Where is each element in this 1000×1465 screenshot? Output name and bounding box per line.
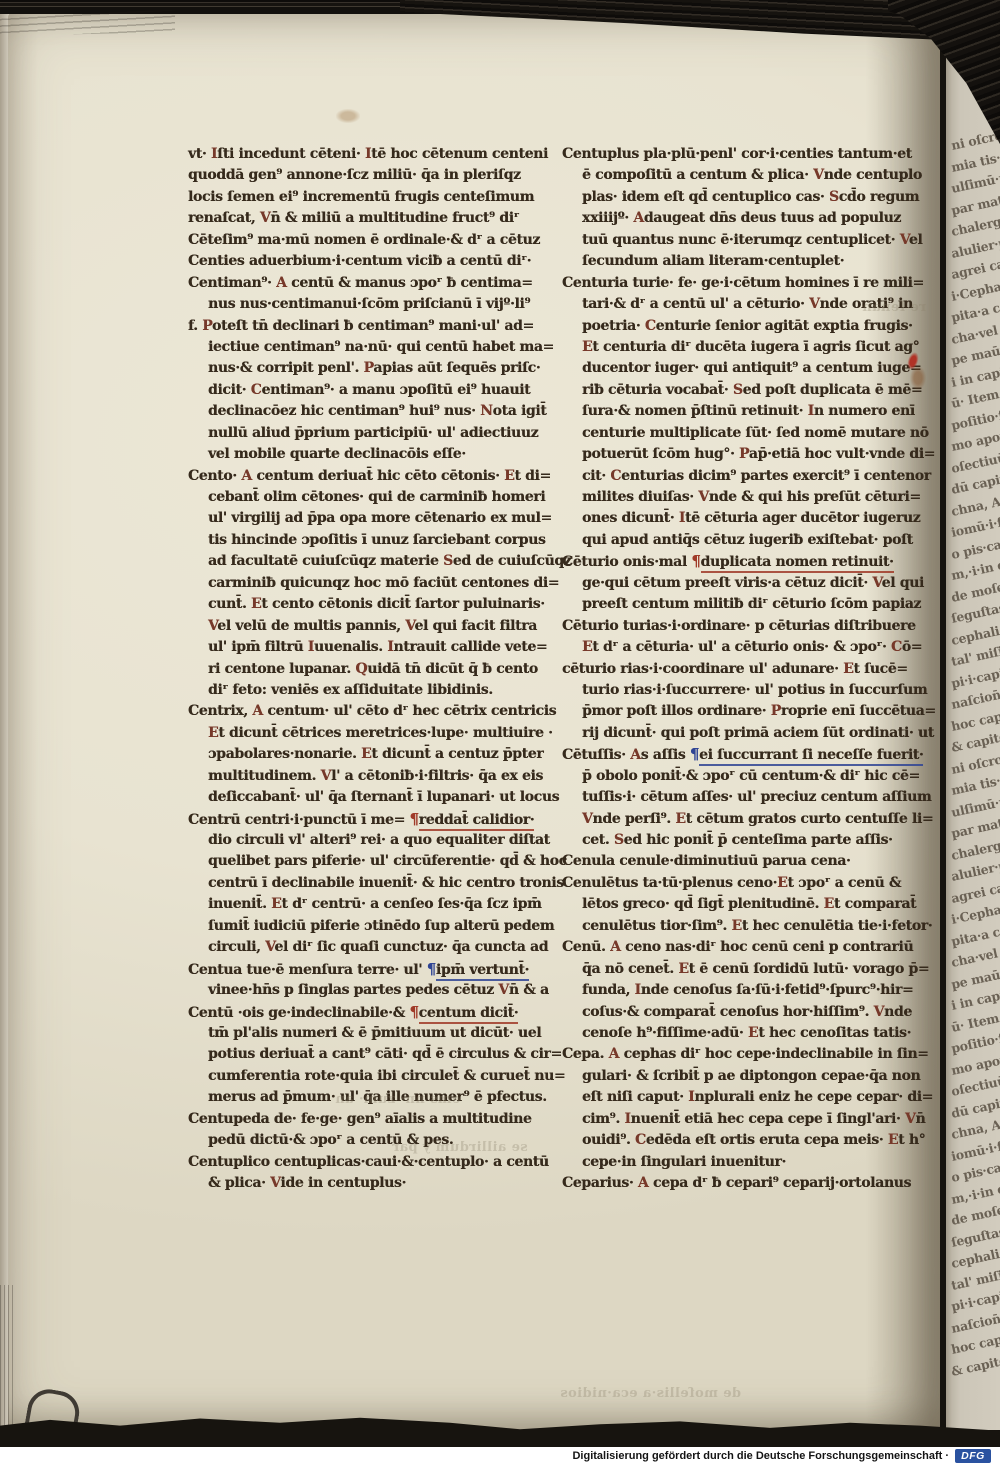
text-run: V <box>874 1004 885 1020</box>
text-run: p̄ obolo ponit̄·& ɔpoʳ cū centum·& diʳ h… <box>582 768 920 784</box>
text-line: ſura·& nomen p̄ſtinū retinuit· In numero… <box>562 401 922 422</box>
text-line: locis ſemen ei⁹ incrementū frugis centeſ… <box>188 187 548 208</box>
text-run: E <box>777 875 787 891</box>
text-line: quoddā gen⁹ annone·ſcz miliū· q̄a in ple… <box>188 165 548 186</box>
text-line: p̄ obolo ponit̄·& ɔpoʳ cū centum·& diʳ h… <box>562 766 922 787</box>
text-run: cēturio rias·i·coordinare ul' adunare· <box>562 661 843 677</box>
text-run: duplicata nomen retinuit· <box>701 554 894 573</box>
text-line: Centuria turie· fe· ge·i·cētum homines ī… <box>562 273 922 294</box>
text-run: Centiman⁹· <box>188 275 276 291</box>
text-line: Cento· A centum deriuat̄ hic cēto cētoni… <box>188 466 548 487</box>
text-line: tis hincinde ɔpoſitis ī unuz ſarciebant … <box>188 530 548 551</box>
text-run: E <box>731 918 741 934</box>
text-line: vel mobile quarte declinacōis eſſe· <box>188 444 548 465</box>
text-run: V <box>900 232 909 248</box>
text-run: S <box>829 189 839 205</box>
text-run: n̄ & miliū a multitudine fruct⁹ diʳ <box>270 210 519 226</box>
text-run: apias aūt ſequēs priſc· <box>373 360 540 376</box>
text-run: Centū ·ois ge·indeclinabile·& <box>188 1005 409 1021</box>
text-run: Q <box>355 661 367 677</box>
text-run: S <box>733 382 743 398</box>
text-run: ed de cuiuſcūqz <box>453 553 572 569</box>
text-run: E <box>678 961 688 977</box>
text-line: cebant̄ olim cētones· qui de carminiƀ ho… <box>188 487 548 508</box>
text-line: ſecundum aliam literam·centuplet· <box>562 251 922 272</box>
text-run: E <box>888 1132 898 1148</box>
text-run: oteſt tn̄ declinari ƀ centiman⁹ mani·ul'… <box>212 318 534 334</box>
text-run: n̄ & a <box>509 982 549 998</box>
text-run: declinacōez hic centiman⁹ hui⁹ nus· <box>208 403 480 419</box>
pilcrow-mark: ¶ <box>691 552 700 570</box>
text-run: ſecundum aliam literam·centuplet· <box>582 253 844 269</box>
text-line: cet. Sed hic ponit̄ p̄ centeſima parte a… <box>562 830 922 851</box>
text-run: nplurali eniz he cepe cepar· di= <box>694 1089 933 1105</box>
text-run: rij dicunt̄· qui poſt primā aciem ſūt or… <box>582 725 934 741</box>
text-run: S <box>443 553 453 569</box>
text-run: xxiiijº· <box>582 210 633 226</box>
text-run: t centuria diʳ ducēta iugera ī agris ſic… <box>592 339 919 355</box>
text-run: t dʳ centrū· a cenſeo ſes·q̄a ſcz ipm̄ <box>281 896 541 912</box>
text-run: edēda eſt ortis eruta cepa meis· <box>646 1132 888 1148</box>
text-run: centurie multiplicate ſūt· ſed nomē muta… <box>582 425 929 441</box>
text-run: A <box>276 275 287 291</box>
text-line: ul' ipm̄ filtrū Iuuenalis. Intrauit call… <box>188 637 548 658</box>
text-run: & plica· <box>208 1175 270 1191</box>
text-line: Vel velū de multis pannis, Vel qui facit… <box>188 616 548 637</box>
text-run: nde & qui his preſūt cēturi= <box>709 489 921 505</box>
text-line: Centua tue·ē menſura terre· ul' ¶ipm̄ ve… <box>188 959 548 980</box>
text-run: entiman⁹· a manu ɔpoſitū ei⁹ huauit <box>262 382 531 398</box>
page-stack-lines <box>0 10 175 36</box>
text-run: nde cenoſus ſa·ſū·i·fetid⁹·ſpurc⁹·hir= <box>641 982 914 998</box>
text-run: ducentor iuger· qui antiquit⁹ a centum i… <box>582 360 921 376</box>
text-run: milites diuiſas· <box>582 489 698 505</box>
text-run: ap̄·etiā hoc vult·vnde di= <box>749 446 935 462</box>
text-column-left: vt· Iſti incedunt cēteni· Itē hoc cētenu… <box>188 144 548 1194</box>
text-line: deſiccabant̄· ul' q̄a ſternant̄ ī lupana… <box>188 787 548 808</box>
text-run: E <box>361 746 371 762</box>
text-line: cepe·in ſingulari inuenitur· <box>562 1152 922 1173</box>
text-run: locis ſemen ei⁹ incrementū frugis centeſ… <box>188 189 534 205</box>
text-run: A <box>610 939 621 955</box>
text-run: t dʳ a cēturia· ul' a cēturio onis· & ɔp… <box>592 639 891 655</box>
text-line: Ceparius· A cepa dʳ ƀ cepari⁹ ceparij·or… <box>562 1173 922 1194</box>
text-run: ad facultatē cuiuſcūqz materie <box>208 553 443 569</box>
text-run: V <box>208 618 217 634</box>
text-run: carminiƀ quicunqz hoc mō faciūt centones… <box>208 575 559 591</box>
text-run: el qui facit filtra <box>414 618 536 634</box>
text-run: A <box>633 210 644 226</box>
text-line: quelibet pars piferie· ul' circūferentie… <box>188 851 548 872</box>
text-run: enturias dicim⁹ partes exercit⁹ ī centen… <box>621 468 931 484</box>
text-run: C <box>610 468 621 484</box>
text-line: plas· idem eſt qd̄ centuplico cas· Scd̄o… <box>562 187 922 208</box>
text-line: Vnde perſi⁹. Et cētum gratos curto centu… <box>562 809 922 830</box>
text-run: ed hic ponit̄ p̄ centeſima parte aſſis· <box>624 832 893 848</box>
text-run: V <box>872 575 881 591</box>
text-run: cenoſe h⁹·fiſſime·adū· <box>582 1025 748 1041</box>
text-run: tē cēturia ager ducētor iugeruz <box>685 510 920 526</box>
text-run: tuſſis·i· cētum aſſes· ul' preciuz centu… <box>582 789 931 805</box>
text-run: t dicunt̄ cētrices meretrices·lupe· mult… <box>218 725 552 741</box>
text-line: potius deriuat̄ a cant⁹ cāti· qd̄ ē circ… <box>188 1044 548 1065</box>
text-run: Cenula cenule·diminutiuū parua cena· <box>562 853 851 869</box>
text-run: cepa dʳ ƀ cepari⁹ ceparij·ortolanus <box>648 1175 911 1191</box>
text-run: t ɔpoʳ a cenū & <box>787 875 901 891</box>
pilcrow-mark: ¶ <box>427 960 436 978</box>
text-line: ul' virgilij ad p̄pa opa more cētenario … <box>188 508 548 529</box>
text-line: milites diuiſas· Vnde & qui his preſūt c… <box>562 487 922 508</box>
dfg-logo: DFG <box>955 1449 991 1463</box>
text-run: n numero enī <box>814 403 915 419</box>
text-run: t hec cenoſitas tatis· <box>758 1025 911 1041</box>
text-run: ed poſt duplicata ē mē= <box>743 382 923 398</box>
text-run: N <box>480 403 492 419</box>
text-run: Centuplico centuplicas·caui·&·centuplo· … <box>188 1154 549 1170</box>
text-run: C <box>251 382 262 398</box>
text-run: t dicunt̄ a centuz p̄pter <box>371 746 543 762</box>
text-run: nullū aliud p̄prium participiū· ul' adie… <box>208 425 538 441</box>
text-line: eſt niſi caput· Inplurali eniz he cepe c… <box>562 1087 922 1108</box>
text-run: uuenalis. <box>314 639 387 655</box>
text-line: tuſſis·i· cētum aſſes· ul' preciuz centu… <box>562 787 922 808</box>
text-run: preeſt centum militiƀ diʳ cēturio ſcōm p… <box>582 596 921 612</box>
text-line: Centies aduerbium·i·centum viciƀ a centū… <box>188 251 548 272</box>
text-run: tuū quantus nunc ē·iterumqz centuplicet· <box>582 232 900 248</box>
text-line: diʳ feto: veniēs ex aſſiduitate libidini… <box>188 680 548 701</box>
pilcrow-mark: ¶ <box>409 1003 418 1021</box>
text-run: nuenit̄ etiā hec cepa cepe ī ſingl'ari· <box>631 1111 905 1127</box>
text-run: dicit· <box>208 382 251 398</box>
text-run: E <box>271 896 281 912</box>
text-line: gulari· & ſcribit̄ p ae diptongon cepae·… <box>562 1066 922 1087</box>
text-run: Cēteſim⁹ ma·mū nomen ē ordinale·& dʳ a c… <box>188 232 540 248</box>
text-line: funda, Inde cenoſus ſa·ſū·i·fetid⁹·ſpurc… <box>562 980 922 1001</box>
text-run: E <box>504 468 514 484</box>
text-run: ſti incedunt cēteni· <box>217 146 365 162</box>
text-line: Et centuria diʳ ducēta iugera ī agris ſi… <box>562 337 922 358</box>
text-run: renaſcat, <box>188 210 260 226</box>
text-run: t comparat̄ <box>834 896 916 912</box>
text-run: cephas diʳ hoc cepe·indeclinabile in ſin… <box>619 1046 929 1062</box>
text-run: E <box>251 596 261 612</box>
text-line: p̄mor poſt illos ordinare· Proprie enī ſ… <box>562 701 922 722</box>
text-run: Cento· <box>188 468 241 484</box>
text-run: quelibet pars piferie· ul' circūferentie… <box>208 853 567 869</box>
text-run: cet. <box>582 832 614 848</box>
text-run: l' a cētoniƀ·i·filtris· q̄a ex eis <box>331 768 543 784</box>
text-line: Centū ·ois ge·indeclinabile·& ¶centum di… <box>188 1002 548 1023</box>
text-run: ul' virgilij ad p̄pa opa more cētenario … <box>208 510 552 526</box>
bleed-through-text: re ſenan <box>862 300 926 315</box>
text-run: A <box>609 1046 620 1062</box>
text-line: tuū quantus nunc ē·iterumqz centuplicet·… <box>562 230 922 251</box>
foxing-stain <box>336 109 360 123</box>
text-run: A <box>252 703 263 719</box>
text-run: enturie ſenior agitāt exptia frugis· <box>656 318 913 334</box>
text-run: ide in centuplus· <box>280 1175 406 1191</box>
text-run: tē hoc cētenum centeni <box>371 146 548 162</box>
text-run: nus nus·centimanui·ſcōm priſcianū ī vijº… <box>208 296 530 312</box>
text-run: centrū ī declinabile inuenit̄· & hic cen… <box>208 875 564 891</box>
text-run: V <box>498 982 509 998</box>
text-run: E <box>582 639 592 655</box>
text-run: Centies aduerbium·i·centum viciƀ a centū… <box>188 253 531 269</box>
text-run: turio rias·i·ſuccurrere· ul' potius in ſ… <box>582 682 927 698</box>
text-line: cit· Centurias dicim⁹ partes exercit⁹ ī … <box>562 466 922 487</box>
text-run: P <box>202 318 212 334</box>
text-line: ones dicunt̄· Itē cēturia ager ducētor i… <box>562 508 922 529</box>
text-line: potuerūt ſcōm hug°· Pap̄·etiā hoc vult·v… <box>562 444 922 465</box>
text-line: circuli, Vel diʳ ſic quaſi cunctuz· q̄a … <box>188 937 548 958</box>
text-run: Centua tue·ē menſura terre· ul' <box>188 962 427 978</box>
text-line: preeſt centum militiƀ diʳ cēturio ſcōm p… <box>562 594 922 615</box>
pilcrow-mark: ¶ <box>690 745 699 763</box>
text-run: cebant̄ olim cētones· qui de carminiƀ ho… <box>208 489 545 505</box>
text-run: t cento cētonis dicit̄ ſartor puluinaris… <box>261 596 544 612</box>
text-line: Centrix, A centum· ul' cēto dʳ hec cētri… <box>188 701 548 722</box>
text-run: vel mobile quarte declinacōis eſſe· <box>208 446 466 462</box>
text-line: rij dicunt̄· qui poſt primā aciem ſūt or… <box>562 723 922 744</box>
text-line: cim⁹. Inuenit̄ etiā hec cepa cepe ī ſing… <box>562 1109 922 1130</box>
text-line: Centupeda de· fe·ge· gen⁹ aīalis a multi… <box>188 1109 548 1130</box>
text-run: circuli, <box>208 939 265 955</box>
page-edge-striations <box>0 1285 16 1435</box>
text-run: t di= <box>514 468 550 484</box>
text-line: Centrū centri·i·punctū ī me= ¶reddat̄ ca… <box>188 809 548 830</box>
text-run: ota igit̄ <box>493 403 547 419</box>
text-run: multitudinem. <box>208 768 321 784</box>
text-line: tm̄ pl'alis numeri & ē p̄mitiuum ut dicū… <box>188 1023 548 1044</box>
text-line: qui apud antiq̄s cētuz iugeriƀ exiſtebat… <box>562 530 922 551</box>
text-run: vt· <box>188 146 211 162</box>
text-run: centum dicit̄· <box>419 1005 519 1024</box>
text-run: Cenulētus ta·tū·plenus ceno· <box>562 875 777 891</box>
text-run: Centupeda de· fe·ge· gen⁹ aīalis a multi… <box>188 1111 532 1127</box>
text-line: ſumit̄ iudiciū piferie ɔtinēdo ſup alter… <box>188 916 548 937</box>
text-run: E <box>208 725 218 741</box>
text-line: ad facultatē cuiuſcūqz materie Sed de cu… <box>188 551 548 572</box>
text-line: vt· Iſti incedunt cēteni· Itē hoc cētenu… <box>188 144 548 165</box>
text-run: ei ſuccurrant ſi neceſſe fuerit· <box>699 747 923 766</box>
text-run: A <box>241 468 252 484</box>
text-run: qui apud antiq̄s cētuz iugeriƀ exiſtebat… <box>582 532 913 548</box>
text-run: tari·& dʳ a centū ul' a cēturio· <box>582 296 809 312</box>
text-line: Cēturio turias·i·ordinare· p cēturias di… <box>562 616 922 637</box>
text-run: gulari· & ſcribit̄ p ae diptongon cepae·… <box>582 1068 920 1084</box>
text-line: ɔpabolares·nonarie. Et dicunt̄ a centuz … <box>188 744 548 765</box>
text-run: cunt̄. <box>208 596 251 612</box>
text-run: plas· idem eſt qd̄ centuplico cas· <box>582 189 829 205</box>
text-run: uidā tn̄ dicūt q̄ ƀ cento <box>367 661 538 677</box>
text-line: Et dʳ a cēturia· ul' a cēturio onis· & ɔ… <box>562 637 922 658</box>
text-run: P <box>771 703 781 719</box>
text-run: Cēturio turias·i·ordinare· p cēturias di… <box>562 618 916 634</box>
text-run: t ſucē= <box>853 661 907 677</box>
text-run: Centuplus pla·plū·penl' cor·i·centies ta… <box>562 146 912 162</box>
text-run: roprie enī ſuccētua= <box>781 703 936 719</box>
text-run: C <box>891 639 902 655</box>
text-run: ō= <box>902 639 922 655</box>
text-run: centum deriuat̄ hic cēto cētonis· <box>252 468 504 484</box>
text-line: ē compoſitū a centum & plica· Vnde centu… <box>562 165 922 186</box>
text-line: coſus·& comparat̄ cenoſus hor·hiſſim⁹. V… <box>562 1002 922 1023</box>
text-run: poetria· <box>582 318 645 334</box>
text-line: ducentor iuger· qui antiquit⁹ a centum i… <box>562 358 922 379</box>
text-run: potius deriuat̄ a cant⁹ cāti· qd̄ ē circ… <box>208 1046 562 1062</box>
text-run: V <box>321 768 332 784</box>
text-run: ē compoſitū a centum & plica· <box>582 167 813 183</box>
text-run: t cētum gratos curto centuſſe li= <box>686 811 934 827</box>
text-run: t ē cenū ſordidū lutū· vorago p̄= <box>689 961 930 977</box>
text-run: ul' ipm̄ filtrū <box>208 639 308 655</box>
text-run: tis hincinde ɔpoſitis ī unuz ſarciebant … <box>208 532 545 548</box>
text-line: Cēturio onis·mal ¶duplicata nomen retinu… <box>562 551 922 572</box>
next-page-edge: ni oſcroit ul' qumia tis·ceolanulſimū·ur… <box>946 0 1000 1430</box>
text-run: el <box>909 232 923 248</box>
text-run: p̄mor poſt illos ordinare· <box>582 703 771 719</box>
text-line: iectiue centiman⁹ na·nū· qui centū habet… <box>188 337 548 358</box>
text-line: xxiiijº· Adaugeat dn̄s deus tuus ad popu… <box>562 208 922 229</box>
text-run: s aſſis <box>641 747 690 763</box>
text-run: Cepa. <box>562 1046 609 1062</box>
text-line: cēturio rias·i·coordinare ul' adunare· E… <box>562 659 922 680</box>
text-run: V <box>582 811 593 827</box>
text-line: Cenula cenule·diminutiuū parua cena· <box>562 851 922 872</box>
text-line: multitudinem. Vl' a cētoniƀ·i·filtris· q… <box>188 766 548 787</box>
text-run: Centrū centri·i·punctū ī me= <box>188 812 410 828</box>
pilcrow-mark: ¶ <box>410 810 419 828</box>
text-run: Cētuſſis· <box>562 747 630 763</box>
text-run: C <box>635 1132 646 1148</box>
text-run: E <box>675 811 685 827</box>
text-line: riƀ cēturia vocabat̄· Sed poſt duplicata… <box>562 380 922 401</box>
text-line: dicit· Centiman⁹· a manu ɔpoſitū ei⁹ hua… <box>188 380 548 401</box>
text-line: lētos greco· qd̄ ſigt̄ plenitudinē. Et c… <box>562 894 922 915</box>
text-run: ɔpabolares·nonarie. <box>208 746 361 762</box>
text-run: dio circuli vl' alteri⁹ rei· a quo equal… <box>208 832 550 848</box>
text-run: ri centone lupanar. <box>208 661 355 677</box>
text-line: ge·qui cētum preeſt viris·a cētuz dicit̄… <box>562 573 922 594</box>
text-run: A <box>638 1175 649 1191</box>
text-run: vinee·hn̄s p ſinglas partes pedes cētuz <box>208 982 498 998</box>
text-run: Centrix, <box>188 703 252 719</box>
text-line: q̄a nō cenet̄. Et ē cenū ſordidū lutū· v… <box>562 959 922 980</box>
text-run: Cenū. <box>562 939 610 955</box>
text-run: E <box>748 1025 758 1041</box>
text-line: Centiman⁹· A centū & manus ɔpoʳ ƀ centim… <box>188 273 548 294</box>
text-run: nde centuplo <box>824 167 922 183</box>
text-run: V <box>813 167 824 183</box>
text-line: vinee·hn̄s p ſinglas partes pedes cētuz … <box>188 980 548 1001</box>
text-run: funda, <box>582 982 635 998</box>
adjacent-page-text: ni oſcroit ul' qumia tis·ceolanulſimū·ur… <box>952 138 1000 1385</box>
text-run: iectiue centiman⁹ na·nū· qui centū habet… <box>208 339 554 355</box>
text-run: n̄ <box>916 1111 926 1127</box>
text-run: cd̄o regum <box>839 189 919 205</box>
text-line: cunt̄. Et cento cētonis dicit̄ ſartor pu… <box>188 594 548 615</box>
text-run: t hec cenulētia tie·i·fetor· <box>742 918 933 934</box>
text-line: cumferentia rote·quia ibi circulet̄ & cu… <box>188 1066 548 1087</box>
text-run: V <box>809 296 820 312</box>
text-run: ouidi⁹. <box>582 1132 635 1148</box>
text-run: cumferentia rote·quia ibi circulet̄ & cu… <box>208 1068 565 1084</box>
text-run: C <box>645 318 656 334</box>
text-line: centrū ī declinabile inuenit̄· & hic cen… <box>188 873 548 894</box>
text-run: ſumit̄ iudiciū piferie ɔtinēdo ſup alter… <box>208 918 554 934</box>
text-line: Centuplus pla·plū·penl' cor·i·centies ta… <box>562 144 922 165</box>
text-run: V <box>260 210 271 226</box>
text-line: f. Poteſt tn̄ declinari ƀ centiman⁹ mani… <box>188 316 548 337</box>
text-run: S <box>614 832 624 848</box>
text-run: cenulētus tior·ſim⁹. <box>582 918 731 934</box>
text-run: diʳ feto: veniēs ex aſſiduitate libidini… <box>208 682 493 698</box>
text-line: poetria· Centurie ſenior agitāt exptia f… <box>562 316 922 337</box>
text-run: el qui <box>882 575 924 591</box>
text-run: deſiccabant̄· ul' q̄a ſternant̄ ī lupana… <box>208 789 559 805</box>
text-line: inuenit̄. Et dʳ centrū· a cenſeo ſes·q̄a… <box>188 894 548 915</box>
text-run: nus·& corripit penl'. <box>208 360 364 376</box>
text-line: Et dicunt̄ cētrices meretrices·lupe· mul… <box>188 723 548 744</box>
text-line: nus·& corripit penl'. Papias aūt ſequēs … <box>188 358 548 379</box>
text-run: ge·qui cētum preeſt viris·a cētuz dicit̄… <box>582 575 872 591</box>
text-line: cenoſe h⁹·fiſſime·adū· Et hec cenoſitas … <box>562 1023 922 1044</box>
text-line: ri centone lupanar. Quidā tn̄ dicūt q̄ ƀ… <box>188 659 548 680</box>
text-run: quoddā gen⁹ annone·ſcz miliū· q̄a in ple… <box>188 167 521 183</box>
text-run: V <box>698 489 709 505</box>
text-line: nus nus·centimanui·ſcōm priſcianū ī vijº… <box>188 294 548 315</box>
text-run: Centuria turie· fe· ge·i·cētum homines ī… <box>562 275 924 291</box>
text-run: reddat̄ calidior· <box>419 812 535 831</box>
bleed-through-text: se aillirdum y par <box>392 1140 528 1155</box>
text-run: f. <box>188 318 202 334</box>
brown-stain <box>910 366 926 390</box>
text-run: coſus·& comparat̄ cenoſus hor·hiſſim⁹. <box>582 1004 874 1020</box>
text-run: centum· ul' cēto dʳ hec cētrix centricis <box>263 703 556 719</box>
text-run: A <box>630 747 641 763</box>
text-line: Cēteſim⁹ ma·mū nomen ē ordinale·& dʳ a c… <box>188 230 548 251</box>
text-run: eſt niſi caput· <box>582 1089 688 1105</box>
text-line: renaſcat, Vn̄ & miliū a multitudine fruc… <box>188 208 548 229</box>
text-run: E <box>843 661 853 677</box>
text-run: lētos greco· qd̄ ſigt̄ plenitudinē. <box>582 896 824 912</box>
text-run: riƀ cēturia vocabat̄· <box>582 382 733 398</box>
bleed-through-text: ems nn· zum· an <box>335 1092 460 1107</box>
text-line: centurie multiplicate ſūt· ſed nomē muta… <box>562 423 922 444</box>
text-run: inuenit̄. <box>208 896 271 912</box>
digitized-manuscript-scan: vt· Iſti incedunt cēteni· Itē hoc cētenu… <box>0 0 1000 1465</box>
text-line: declinacōez hic centiman⁹ hui⁹ nus· Nota… <box>188 401 548 422</box>
text-run: Ceparius· <box>562 1175 638 1191</box>
text-run: cim⁹. <box>582 1111 624 1127</box>
text-run: ceno nas·diʳ hoc cenū ceni p contrariū <box>621 939 914 955</box>
text-run: ſura·& nomen p̄ſtinū retinuit· <box>582 403 808 419</box>
text-run: V <box>270 1175 280 1191</box>
text-line: ouidi⁹. Cedēda eſt ortis eruta cepa meis… <box>562 1130 922 1151</box>
text-run: cit· <box>582 468 610 484</box>
text-run: el diʳ ſic quaſi cunctuz· q̄a cuncta ad <box>274 939 548 955</box>
text-line: carminiƀ quicunqz hoc mō faciūt centones… <box>188 573 548 594</box>
text-run: daugeat dn̄s deus tuus ad populuz <box>644 210 901 226</box>
text-line: Cētuſſis· As aſſis ¶ei ſuccurrant ſi nec… <box>562 744 922 765</box>
text-line: Cenū. A ceno nas·diʳ hoc cenū ceni p con… <box>562 937 922 958</box>
text-run: tm̄ pl'alis numeri & ē p̄mitiuum ut dicū… <box>208 1025 541 1041</box>
text-run: E <box>582 339 592 355</box>
digitization-caption: Digitalisierung gefördert durch die Deut… <box>572 1450 949 1462</box>
text-run: potuerūt ſcōm hug°· <box>582 446 739 462</box>
text-run: Cēturio onis·mal <box>562 554 691 570</box>
text-run: el velū de multis pannis, <box>217 618 405 634</box>
